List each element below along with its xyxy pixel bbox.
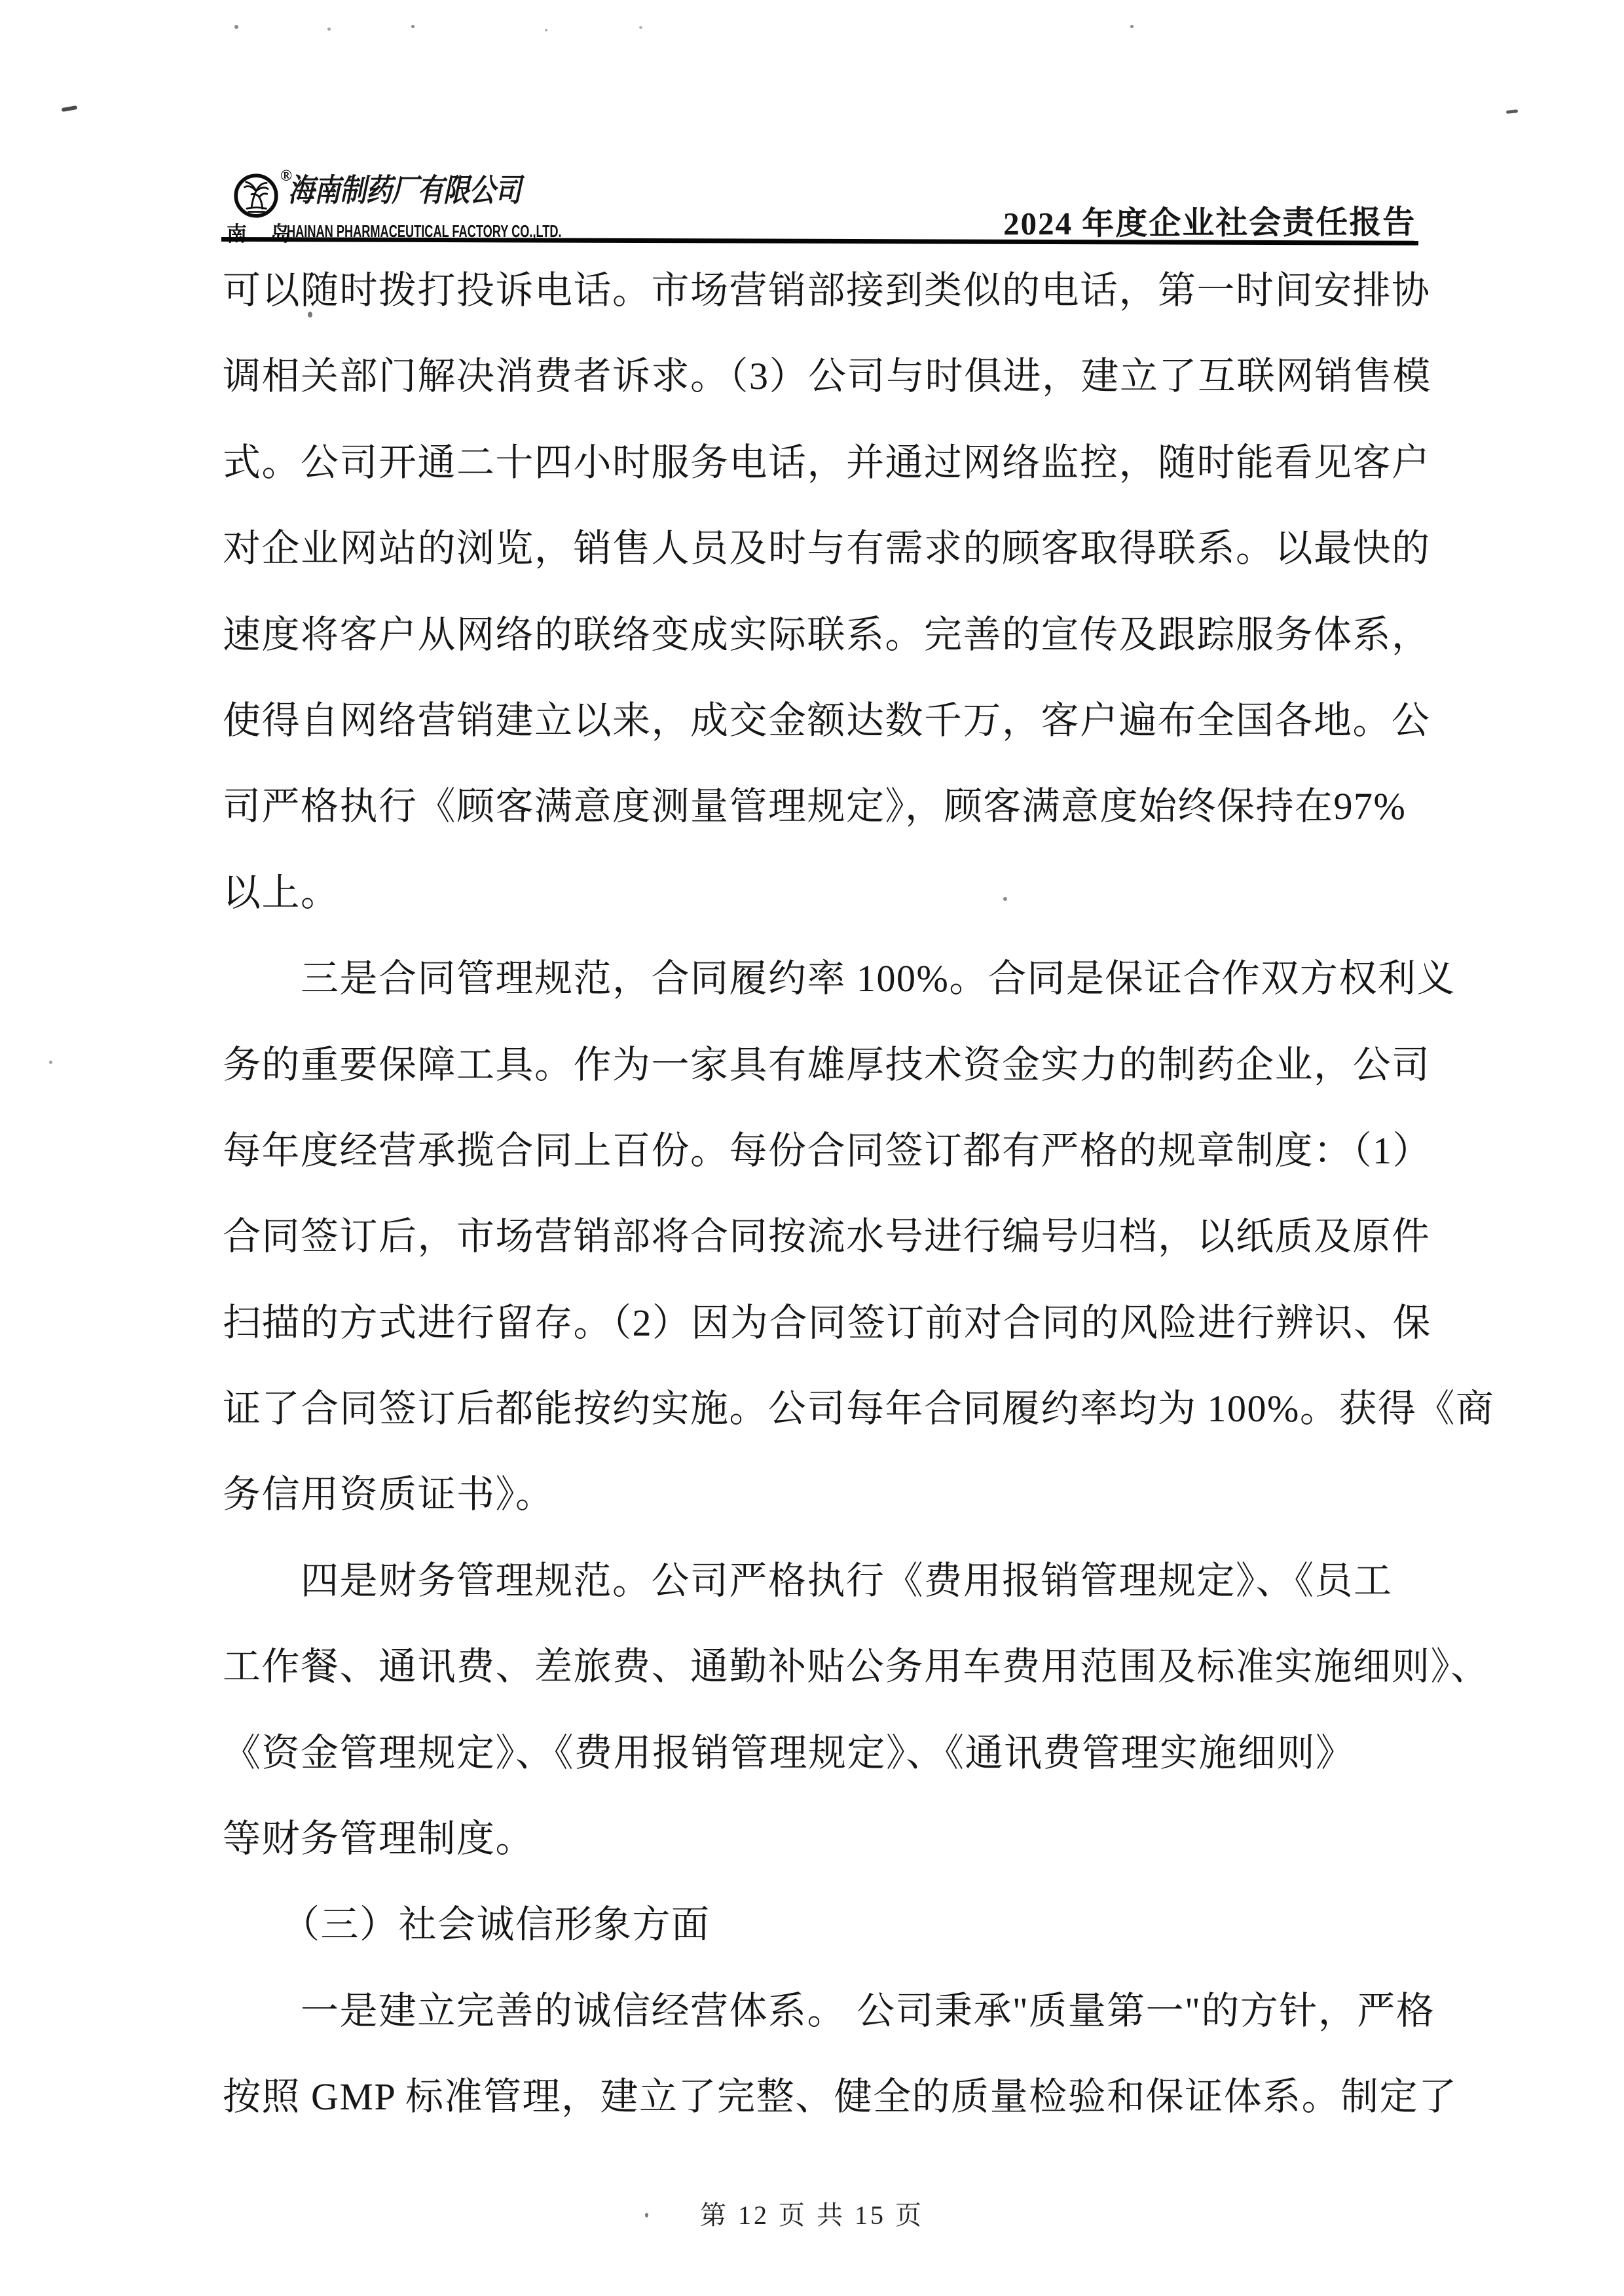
text-line: 等财务管理制度。	[223, 1796, 1422, 1882]
text-line: 使得自网络营销建立以来，成交金额达数千万，客户遍布全国各地。公	[223, 678, 1422, 763]
text-line: 《资金管理规定》、《费用报销管理规定》、《通讯费管理实施细则》	[223, 1710, 1422, 1796]
page-footer: 第 12 页 共 15 页	[0, 2195, 1624, 2232]
text-line: 司严格执行《顾客满意度测量管理规定》，顾客满意度始终保持在97%	[223, 763, 1422, 849]
text-line: 式。公司开通二十四小时服务电话，并通过网络监控，随时能看见客户	[223, 420, 1422, 505]
text-line: 三是合同管理规范，合同履约率 100%。合同是保证合作双方权利义	[223, 936, 1422, 1021]
scan-artifact	[639, 26, 642, 29]
scan-artifact	[308, 312, 312, 318]
scan-artifact	[1003, 897, 1007, 901]
report-title: 2024 年度企业社会责任报告	[1003, 197, 1416, 245]
page-indicator: 第 12 页 共 15 页	[700, 2200, 924, 2230]
scan-artifact	[411, 25, 415, 28]
scan-artifact	[545, 29, 547, 31]
text-line: 务信用资质证书》。	[223, 1451, 1422, 1537]
scan-artifact	[645, 2213, 648, 2217]
company-name-cn: 海南制药厂有限公司	[288, 165, 521, 210]
text-line: 可以随时拨打投诉电话。市场营销部接到类似的电话，第一时间安排协	[223, 247, 1422, 333]
text-line: 证了合同签订后都能按约实施。公司每年合同履约率均为 100%。获得《商	[223, 1366, 1422, 1451]
scan-artifact	[234, 25, 238, 29]
scan-artifact	[1130, 25, 1134, 28]
company-logo: ® 海南制药厂有限公司 南 岛 HAINAN PHARMACEUTICAL FA…	[223, 164, 563, 246]
text-line: 调相关部门解决消费者诉求。（3）公司与时俱进，建立了互联网销售模	[223, 333, 1422, 419]
document-page: ® 海南制药厂有限公司 南 岛 HAINAN PHARMACEUTICAL FA…	[0, 0, 1624, 2296]
text-line: 速度将客户从网络的联络变成实际联系。完善的宣传及跟踪服务体系，	[223, 592, 1422, 678]
body-text: 可以随时拨打投诉电话。市场营销部接到类似的电话，第一时间安排协调相关部门解决消费…	[223, 247, 1422, 2140]
text-line: 合同签订后，市场营销部将合同按流水号进行编号归档，以纸质及原件	[223, 1194, 1422, 1279]
scan-artifact	[327, 27, 331, 31]
page-header: ® 海南制药厂有限公司 南 岛 HAINAN PHARMACEUTICAL FA…	[0, 0, 1624, 275]
text-line: 一是建立完善的诚信经营体系。 公司秉承"质量第一"的方针，严格	[223, 1968, 1422, 2054]
text-line: 以上。	[223, 850, 1422, 936]
text-line: 每年度经营承揽合同上百份。每份合同签订都有严格的规章制度：（1）	[223, 1108, 1422, 1194]
palm-tree-logo-icon	[233, 173, 279, 219]
text-line: 对企业网站的浏览，销售人员及时与有需求的顾客取得联系。以最快的	[223, 505, 1422, 591]
text-line: 工作餐、通讯费、差旅费、通勤补贴公务用车费用范围及标准实施细则》、	[223, 1624, 1422, 1709]
text-line: 务的重要保障工具。作为一家具有雄厚技术资金实力的制药企业，公司	[223, 1022, 1422, 1108]
text-line: 四是财务管理规范。公司严格执行《费用报销管理规定》、《员工	[223, 1538, 1422, 1624]
text-line: 扫描的方式进行留存。（2）因为合同签订前对合同的风险进行辨识、保	[223, 1280, 1422, 1366]
text-line: 按照 GMP 标准管理，建立了完整、健全的质量检验和保证体系。制定了	[223, 2054, 1422, 2140]
text-line: （三）社会诚信形象方面	[223, 1882, 1422, 1967]
scan-artifact	[49, 1061, 52, 1064]
